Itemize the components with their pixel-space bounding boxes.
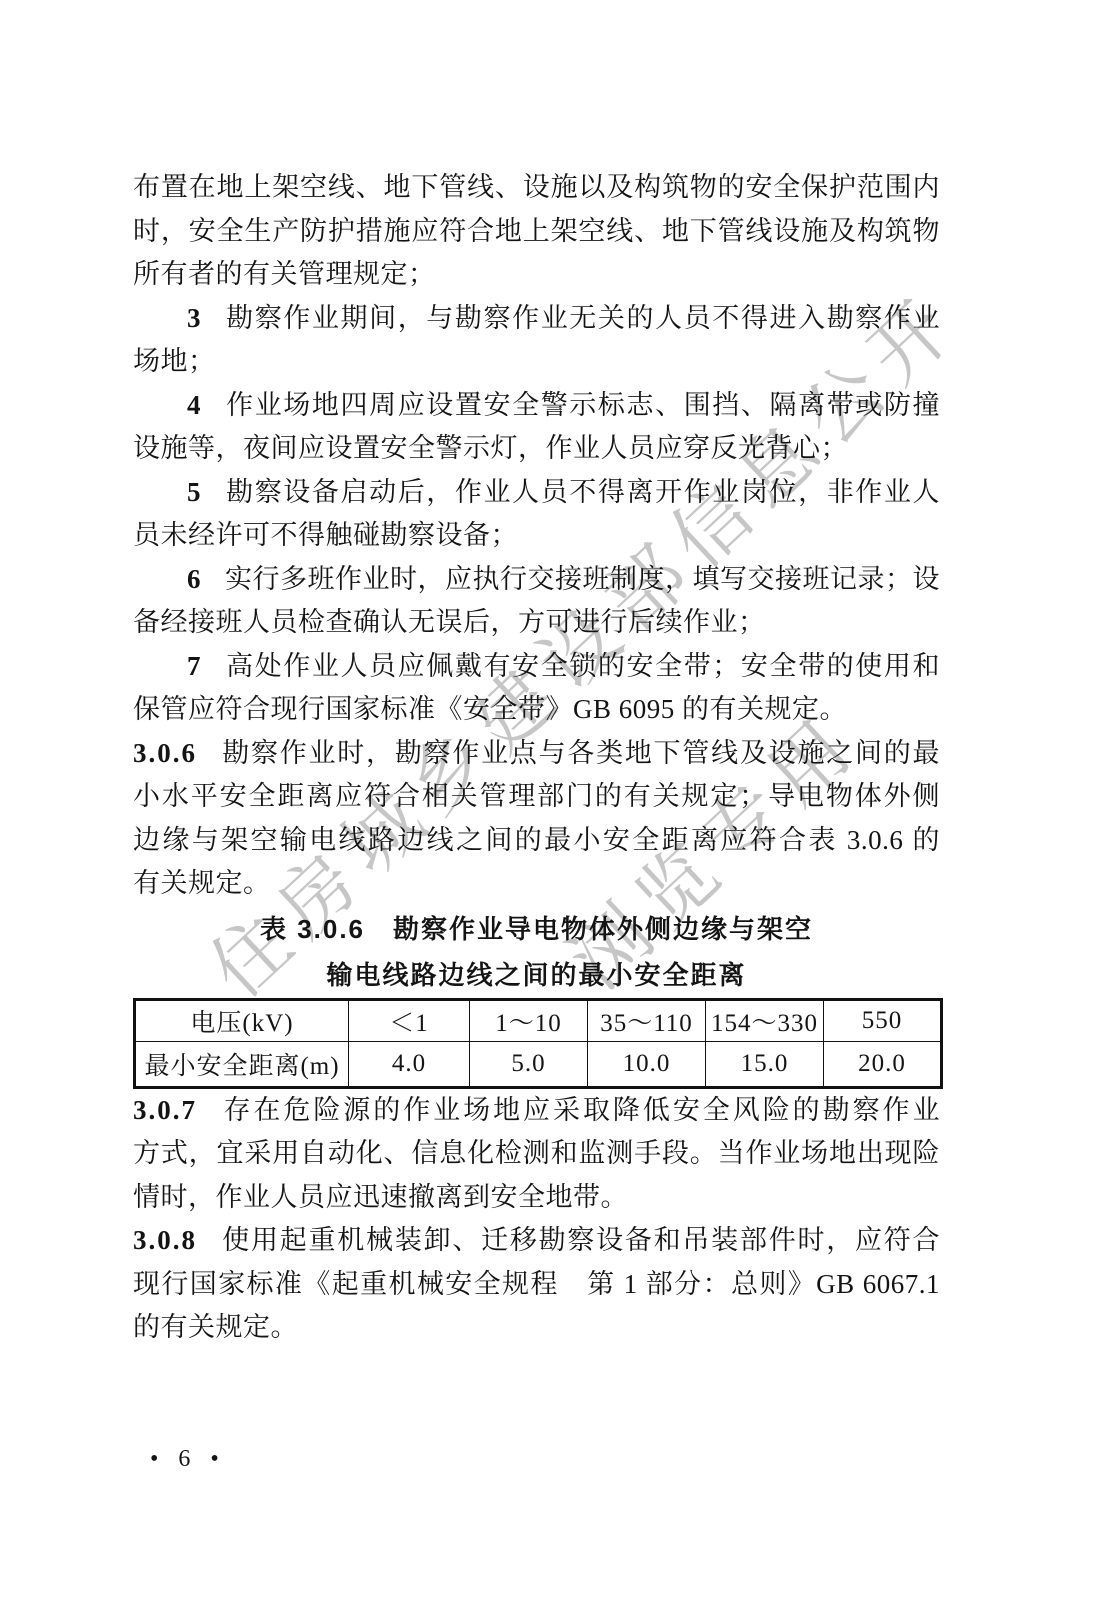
text-line: 保管应符合现行国家标准《安全带》GB 6095 的有关规定。	[133, 688, 940, 732]
table-cell: 5.0	[470, 1041, 588, 1087]
text-line: 的有关规定。	[133, 1306, 940, 1350]
table-cell: 1～10	[470, 999, 588, 1041]
table-row: 最小安全距离(m)4.05.010.015.020.0	[135, 1041, 942, 1087]
text-line: 有关规定。	[133, 862, 940, 906]
line-text: 情时，作业人员应迅速撤离到安全地带。	[133, 1182, 628, 1212]
line-text: 方式，宜采用自动化、信息化检测和监测手段。当作业场地出现险	[133, 1138, 940, 1168]
paragraphs-after-table: 3.0.7存在危险源的作业场地应采取降低安全风险的勘察作业方式，宜采用自动化、信…	[133, 1089, 940, 1350]
clause-number: 6	[187, 564, 201, 594]
text-line: 情时，作业人员应迅速撤离到安全地带。	[133, 1176, 940, 1220]
table-cell: 10.0	[588, 1041, 706, 1087]
line-text: 小水平安全距离应符合相关管理部门的有关规定；导电物体外侧	[133, 781, 940, 811]
table-cell: 15.0	[706, 1041, 824, 1087]
table-cell: 35～110	[588, 999, 706, 1041]
text-line: 3.0.7存在危险源的作业场地应采取降低安全风险的勘察作业	[133, 1089, 940, 1133]
text-line: 6实行多班作业时，应执行交接班制度，填写交接班记录；设	[133, 558, 940, 602]
text-line: 布置在地上架空线、地下管线、设施以及构筑物的安全保护范围内	[133, 166, 940, 210]
text-line: 3.0.8使用起重机械装卸、迁移勘察设备和吊装部件时，应符合	[133, 1219, 940, 1263]
text-line: 备经接班人员检查确认无误后，方可进行后续作业；	[133, 601, 940, 645]
text-line: 小水平安全距离应符合相关管理部门的有关规定；导电物体外侧	[133, 775, 940, 819]
line-text: 所有者的有关管理规定；	[133, 259, 436, 289]
text-line: 方式，宜采用自动化、信息化检测和监测手段。当作业场地出现险	[133, 1132, 940, 1176]
paragraphs-before-table: 布置在地上架空线、地下管线、设施以及构筑物的安全保护范围内时，安全生产防护措施应…	[133, 166, 940, 906]
text-line: 场地；	[133, 340, 940, 384]
text-line: 7高处作业人员应佩戴有安全锁的安全带；安全带的使用和	[133, 645, 940, 689]
clause-number: 3.0.6	[133, 738, 197, 768]
table-cell: 4.0	[349, 1041, 470, 1087]
text-line: 所有者的有关管理规定；	[133, 253, 940, 297]
table-caption-line-1: 表 3.0.6 勘察作业导电物体外侧边缘与架空	[133, 906, 940, 952]
document-page: 住房城乡建设部信息公开 浏览专用 布置在地上架空线、地下管线、设施以及构筑物的安…	[0, 0, 1102, 1598]
line-text: 保管应符合现行国家标准《安全带》GB 6095 的有关规定。	[133, 694, 847, 724]
line-text: 时，安全生产防护措施应符合地上架空线、地下管线设施及构筑物	[133, 216, 940, 246]
clause-number: 7	[187, 651, 201, 681]
text-line: 现行国家标准《起重机械安全规程 第 1 部分：总则》GB 6067.1	[133, 1263, 940, 1307]
line-text: 高处作业人员应佩戴有安全锁的安全带；安全带的使用和	[225, 651, 940, 681]
table-cell: 电压(kV)	[135, 999, 349, 1041]
text-line: 3.0.6勘察作业时，勘察作业点与各类地下管线及设施之间的最	[133, 732, 940, 776]
clause-number: 3.0.8	[133, 1225, 197, 1255]
line-text: 设施等，夜间应设置安全警示灯，作业人员应穿反光背心；	[133, 433, 848, 463]
text-line: 员未经许可不得触碰勘察设备；	[133, 514, 940, 558]
text-line: 3勘察作业期间，与勘察作业无关的人员不得进入勘察作业	[133, 297, 940, 341]
line-text: 勘察作业时，勘察作业点与各类地下管线及设施之间的最	[221, 738, 940, 768]
line-text: 存在危险源的作业场地应采取降低安全风险的勘察作业	[221, 1095, 940, 1125]
line-text: 场地；	[133, 346, 216, 376]
clause-number: 3	[187, 303, 201, 333]
table-caption-line-2: 输电线路边线之间的最小安全距离	[133, 952, 940, 998]
line-text: 作业场地四周应设置安全警示标志、围挡、隔离带或防撞	[225, 390, 940, 420]
text-line: 设施等，夜间应设置安全警示灯，作业人员应穿反光背心；	[133, 427, 940, 471]
table-cell: 154～330	[706, 999, 824, 1041]
table-cell: 550	[824, 999, 942, 1041]
text-line: 4作业场地四周应设置安全警示标志、围挡、隔离带或防撞	[133, 384, 940, 428]
safety-distance-table: 电压(kV)＜11～1035～110154～330550最小安全距离(m)4.0…	[133, 998, 943, 1089]
line-text: 的有关规定。	[133, 1312, 298, 1342]
line-text: 实行多班作业时，应执行交接班制度，填写交接班记录；设	[225, 564, 940, 594]
table-cell: 最小安全距离(m)	[135, 1041, 349, 1087]
line-text: 边缘与架空输电线路边线之间的最小安全距离应符合表 3.0.6 的	[133, 825, 940, 855]
line-text: 勘察作业期间，与勘察作业无关的人员不得进入勘察作业	[225, 303, 940, 333]
clause-number: 5	[187, 477, 201, 507]
page-content: 布置在地上架空线、地下管线、设施以及构筑物的安全保护范围内时，安全生产防护措施应…	[133, 166, 940, 1350]
table-row: 电压(kV)＜11～1035～110154～330550	[135, 999, 942, 1041]
page-number-footer: • 6 •	[150, 1446, 226, 1473]
line-text: 使用起重机械装卸、迁移勘察设备和吊装部件时，应符合	[221, 1225, 940, 1255]
line-text: 现行国家标准《起重机械安全规程 第 1 部分：总则》GB 6067.1	[133, 1269, 940, 1299]
clause-number: 3.0.7	[133, 1095, 197, 1125]
line-text: 备经接班人员检查确认无误后，方可进行后续作业；	[133, 607, 766, 637]
line-text: 员未经许可不得触碰勘察设备；	[133, 520, 518, 550]
line-text: 布置在地上架空线、地下管线、设施以及构筑物的安全保护范围内	[133, 172, 940, 202]
table-cell: ＜1	[349, 999, 470, 1041]
text-line: 边缘与架空输电线路边线之间的最小安全距离应符合表 3.0.6 的	[133, 819, 940, 863]
clause-number: 4	[187, 390, 201, 420]
line-text: 勘察设备启动后，作业人员不得离开作业岗位，非作业人	[225, 477, 940, 507]
table-cell: 20.0	[824, 1041, 942, 1087]
text-line: 5勘察设备启动后，作业人员不得离开作业岗位，非作业人	[133, 471, 940, 515]
text-line: 时，安全生产防护措施应符合地上架空线、地下管线设施及构筑物	[133, 210, 940, 254]
line-text: 有关规定。	[133, 868, 271, 898]
